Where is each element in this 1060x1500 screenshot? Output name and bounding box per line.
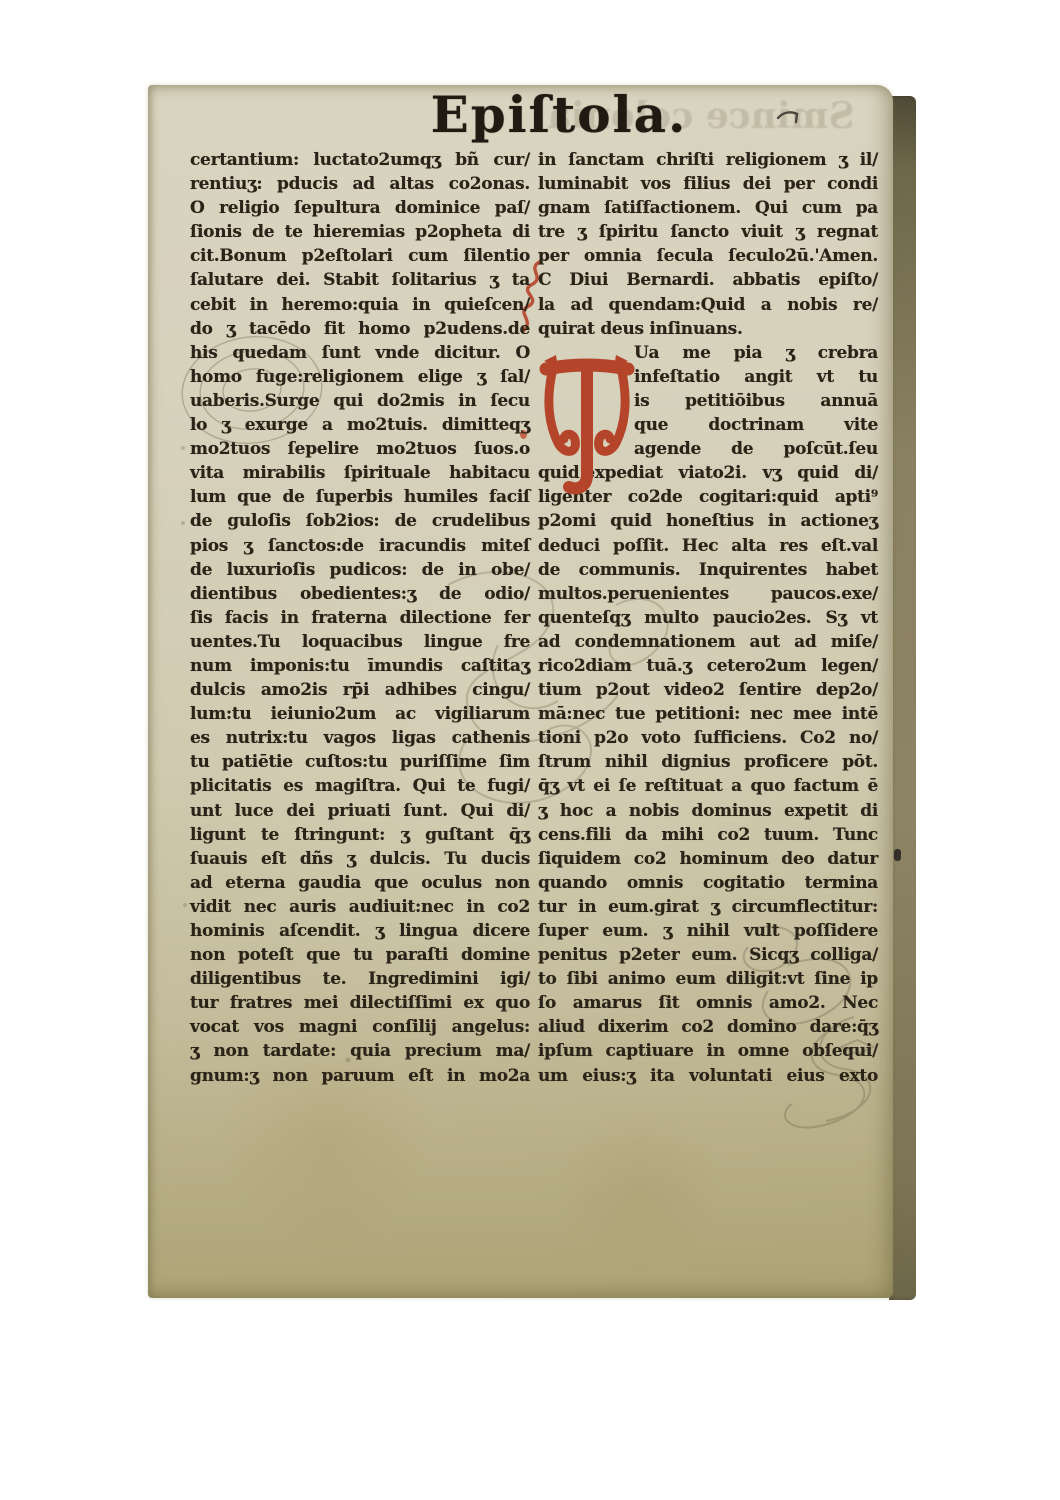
text-line: quenteſqʒ multo paucio2es. Sʒ vt	[538, 606, 878, 630]
text-line: pios ʒ ſanctos:de iracundis miteſ	[190, 534, 530, 558]
text-line: cens.fili da mihi co2 tuum. Tunc	[538, 823, 878, 847]
text-line: do ʒ tacēdo fit homo p2udens.de	[190, 317, 530, 341]
text-line: Ua me pia ʒ crebra	[634, 341, 878, 365]
text-line: tur in eum.girat ʒ circumflectitur:	[538, 895, 878, 919]
text-line: la ad quendam:Quid a nobis re/	[538, 293, 878, 317]
text-line: luminabit vos filius dei per condi	[538, 172, 878, 196]
text-line: vocat vos magni conſilij angelus:	[190, 1015, 530, 1039]
text-line: in ſanctam chriſti religionem ʒ il/	[538, 148, 878, 172]
text-line: mā:nec tue petitioni: nec mee intē	[538, 702, 878, 726]
text-line: es nutrix:tu vagos ligas cathenis	[190, 726, 530, 750]
text-line: de guloſis ſob2ios: de crudelibus	[190, 509, 530, 533]
text-line: non poteſt que tu paraſti domine	[190, 943, 530, 967]
text-line: vidit nec auris audiuit:nec in co2	[190, 895, 530, 919]
text-line: quirat deus inſinuans.	[538, 317, 878, 341]
book-page: Smince celonia Epiſtola.	[148, 85, 893, 1298]
text-line: vita mirabilis ſpirituale habitacu	[190, 461, 530, 485]
photo-background: Smince celonia Epiſtola.	[0, 0, 1060, 1500]
text-line: agende de poſcūt.ſeu	[634, 437, 878, 461]
text-line: de luxurioſis pudicos: de in obe/	[190, 558, 530, 582]
text-line: ipſum captiuare in omne obſequi/	[538, 1039, 878, 1063]
text-line: ſis facis in fraterna dilectione fer	[190, 606, 530, 630]
book-fore-edge	[889, 96, 916, 1300]
text-line: rico2diam tuā.ʒ cetero2um legen/	[538, 654, 878, 678]
text-line: plicitatis es magiſtra. Qui te fugi/	[190, 774, 530, 798]
text-line: is petitiōibus annuā	[634, 389, 878, 413]
text-line: tur fratres mei dilectiſſimi ex quo	[190, 991, 530, 1015]
text-column-left: certantium: luctato2umqʒ bñ cur/rentiuʒ:…	[190, 148, 530, 1088]
text-line: que doctrinam vite	[634, 413, 878, 437]
text-line: lo ʒ exurge a mo2tuis. dimitteqʒ	[190, 413, 530, 437]
text-line: ad condemnationem aut ad miſe/	[538, 630, 878, 654]
text-line: rentiuʒ: pducis ad altas co2onas.	[190, 172, 530, 196]
text-line: ſuauis eſt dñs ʒ dulcis. Tu ducis	[190, 847, 530, 871]
text-line: um eius:ʒ ita voluntati eius exto	[538, 1064, 878, 1088]
text-line: quando omnis cogitatio termina	[538, 871, 878, 895]
text-line: ſionis de te hieremias p2opheta di	[190, 220, 530, 244]
text-line: his quedam ſunt vnde dicitur. O	[190, 341, 530, 365]
text-line: ſo amarus ſit omnis amo2. Nec	[538, 991, 878, 1015]
right-column-bottom: quid'expediat viato2i. vʒ quid di/ligent…	[538, 461, 878, 1087]
drop-cap-block: Ua me pia ʒ crebrainfeſtatio angit vt tu…	[538, 341, 878, 461]
text-line: tu patiētie cuſtos:tu puriſſime ſim	[190, 750, 530, 774]
text-line: cit.Bonum p2eſtolari cum ſilentio	[190, 244, 530, 268]
text-line: dientibus obedientes:ʒ de odio/	[190, 582, 530, 606]
text-line: lum:tu ieiunio2um ac vigiliarum	[190, 702, 530, 726]
edge-ink-speck	[894, 849, 901, 861]
text-line: C Diui Bernardi. abbatis epiſto/	[538, 268, 878, 292]
text-line: dulcis amo2is rp̄i adhibes cingu/	[190, 678, 530, 702]
text-line: p2omi quid honeſtius in actioneʒ	[538, 509, 878, 533]
text-line: uaberis.Surge qui do2mis in ſecu	[190, 389, 530, 413]
text-line: ſuper eum. ʒ nihil vult poſſidere	[538, 919, 878, 943]
text-line: aliud dixerim co2 domino dare:q̄ʒ	[538, 1015, 878, 1039]
text-line: O religio ſepultura dominice paſ/	[190, 196, 530, 220]
text-line: ligunt te ſtringunt: ʒ guſtant q̄ʒ	[190, 823, 530, 847]
text-line: uentes.Tu loquacibus lingue fre	[190, 630, 530, 654]
lombardic-t-icon	[538, 343, 634, 495]
text-line: ſtrum nihil dignius proficere pōt.	[538, 750, 878, 774]
text-line: diligentibus te. Ingredimini igi/	[190, 967, 530, 991]
handwritten-mark	[776, 105, 804, 129]
text-line: mo2tuos ſepelire mo2tuos ſuos.o	[190, 437, 530, 461]
text-line: deduci poſſit. Hec alta res eſt.val	[538, 534, 878, 558]
text-line: homo fuge:religionem elige ʒ ſal/	[190, 365, 530, 389]
right-column-top: in ſanctam chriſti religionem ʒ il/lumin…	[538, 148, 878, 341]
text-line: multos.peruenientes paucos.exe/	[538, 582, 878, 606]
text-line: de communis. Inquirentes habet	[538, 558, 878, 582]
text-line: ad eterna gaudia que oculus non	[190, 871, 530, 895]
text-line: per omnia ſecula ſeculo2ū.'Amen.	[538, 244, 878, 268]
text-line: ʒ hoc a nobis dominus expetit di	[538, 799, 878, 823]
right-column-beside-initial: Ua me pia ʒ crebrainfeſtatio angit vt tu…	[634, 341, 878, 461]
text-line: gnam ſatiſfactionem. Qui cum pa	[538, 196, 878, 220]
text-line: cebit in heremo:quia in quieſcen/	[190, 293, 530, 317]
text-line: num imponis:tu īmundis caſtitaʒ	[190, 654, 530, 678]
rubricated-initial-T	[538, 341, 634, 461]
text-line: unt luce dei priuati ſunt. Qui di/	[190, 799, 530, 823]
text-line: tioni p2o voto ſufficiens. Co2 no/	[538, 726, 878, 750]
text-line: ſiquidem co2 hominum deo datur	[538, 847, 878, 871]
text-line: q̄ʒ vt ei ſe reſtituat a quo factum ē	[538, 774, 878, 798]
text-line: lum que de ſuperbis humiles faciſ	[190, 485, 530, 509]
text-line: tre ʒ ſpiritu ſancto viuit ʒ regnat	[538, 220, 878, 244]
text-line: penitus p2eter eum. Sicqʒ colliga/	[538, 943, 878, 967]
text-line: hominis aſcendit. ʒ lingua dicere	[190, 919, 530, 943]
text-line: infeſtatio angit vt tu	[634, 365, 878, 389]
text-column-right: in ſanctam chriſti religionem ʒ il/lumin…	[538, 148, 878, 1088]
text-line: certantium: luctato2umqʒ bñ cur/	[190, 148, 530, 172]
text-line: gnum:ʒ non paruum eſt in mo2a	[190, 1064, 530, 1088]
text-line: to ſibi animo eum diligit:vt ſine ip	[538, 967, 878, 991]
text-line: tium p2out video2 ſentire dep2o/	[538, 678, 878, 702]
text-line: ſalutare dei. Stabit ſolitarius ʒ ta	[190, 268, 530, 292]
page-title: Epiſtola.	[416, 85, 702, 144]
text-line: ʒ non tardate: quia precium ma/	[190, 1039, 530, 1063]
